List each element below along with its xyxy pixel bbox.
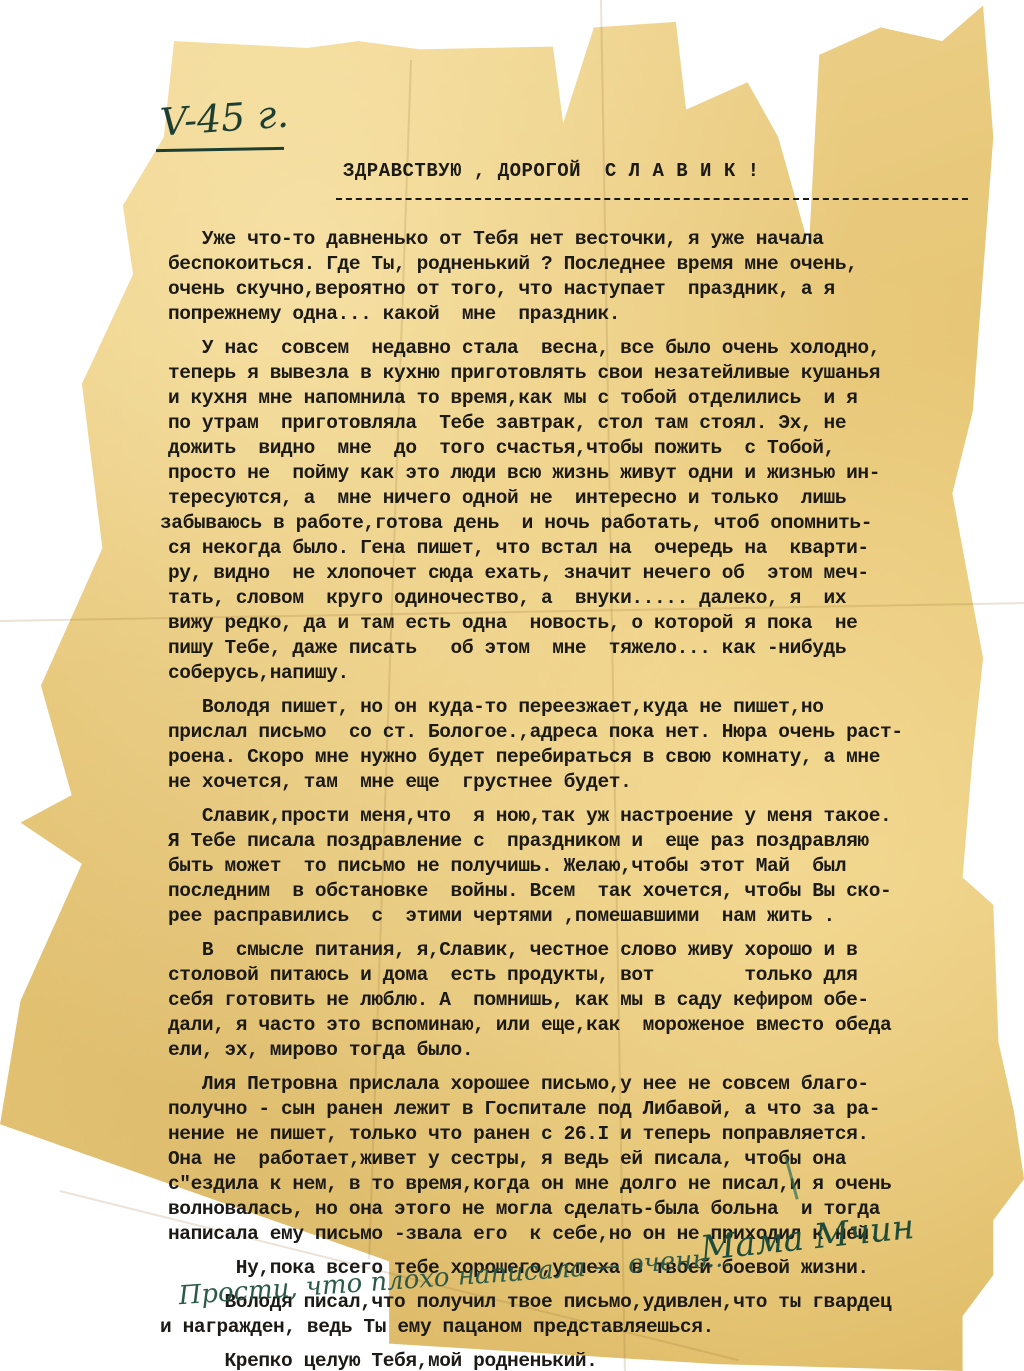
- letter-line: нение не пишет, только что ранен с 26.I …: [168, 1125, 869, 1145]
- letter-line: просто не пойму как это люди всю жизнь ж…: [168, 464, 880, 484]
- letter-line: ся некогда было. Гена пишет, что встал н…: [168, 539, 869, 559]
- letter-line: прислал письмо со ст. Бологое.,адреса по…: [168, 723, 903, 743]
- letter-line: вижу редко, да и там есть одна новость, …: [168, 614, 857, 634]
- letter-line: роена. Скоро мне нужно будет перебиратьс…: [168, 748, 880, 768]
- letter-line: пишу Тебе, даже писать об этом мне тяжел…: [168, 639, 846, 659]
- letter-line: тать, словом круго одиночество, а внуки.…: [168, 589, 846, 609]
- letter-line: попрежнему одна... какой мне праздник.: [168, 305, 620, 325]
- letter-line: Володя пишет, но он куда-то переезжает,к…: [168, 698, 824, 718]
- letter-line: В смысле питания, я,Славик, честное слов…: [168, 941, 857, 961]
- letter-line: себя готовить не люблю. А помнишь, как м…: [168, 991, 869, 1011]
- letter-line: забываюсь в работе,готова день и ночь ра…: [160, 514, 872, 534]
- letter-line: последним в обстановке войны. Всем так х…: [168, 882, 891, 902]
- letter-line: и награжден, ведь Ты ему пацаном предста…: [160, 1318, 714, 1338]
- letter-title: ЗДРАВСТВУЮ , ДОРОГОЙ С Л А В И К !: [343, 160, 760, 182]
- letter-line: быть может то письмо не получишь. Желаю,…: [168, 857, 846, 877]
- letter-line: тересуются, а мне ничего одной не интере…: [168, 489, 846, 509]
- letter-line: ели, эх, мирово тогда было.: [168, 1041, 473, 1061]
- letter-line: Славик,прости меня,что я ною,так уж наст…: [168, 807, 891, 827]
- letter-line: Уже что-то давненько от Тебя нет весточк…: [168, 230, 824, 250]
- letter-line: соберусь,напишу.: [168, 664, 349, 684]
- letter-line: не хочется, там мне еще грустнее будет.: [168, 773, 631, 793]
- letter-line: Лия Петровна прислала хорошее письмо,у н…: [168, 1075, 869, 1095]
- letter-line: рее расправились с этими чертями ,помеша…: [168, 907, 835, 927]
- letter-line: теперь я вывезла в кухню приготовлять св…: [168, 364, 880, 384]
- letter-line: дожить видно мне до того счастья,чтобы п…: [168, 439, 835, 459]
- letter-line: по утрам приготовляла Тебе завтрак, стол…: [168, 414, 846, 434]
- letter-line: с"ездила к нем, в то время,когда он мне …: [168, 1175, 891, 1195]
- letter-line: У нас совсем недавно стала весна, все бы…: [168, 339, 880, 359]
- letter-line: Она не работает,живет у сестры, я ведь е…: [168, 1150, 846, 1170]
- letter-line: и кухня мне напомнила то время,как мы с …: [168, 389, 857, 409]
- letter-line: волновалась, но она этого не могла сдела…: [168, 1200, 880, 1220]
- letter-line: беспокоиться. Где Ты, родненький ? После…: [168, 255, 857, 275]
- letter-line: ру, видно не хлопочет сюда ехать, значит…: [168, 564, 869, 584]
- letter-line: очень скучно,вероятно от того, что насту…: [168, 280, 835, 300]
- title-underline: [336, 198, 968, 200]
- letter-line: Крепко целую Тебя,мой родненький.: [168, 1352, 597, 1371]
- letter-line: Я Тебе писала поздравление с праздником …: [168, 832, 869, 852]
- letter-line: получно - сын ранен лежит в Госпитале по…: [168, 1100, 880, 1120]
- letter-line: столовой питаюсь и дома есть продукты, в…: [168, 966, 857, 986]
- letter-body: ЗДРАВСТВУЮ , ДОРОГОЙ С Л А В И К ! Уже ч…: [0, 0, 1024, 1371]
- letter-line: дали, я часто это вспоминаю, или еще,как…: [168, 1016, 891, 1036]
